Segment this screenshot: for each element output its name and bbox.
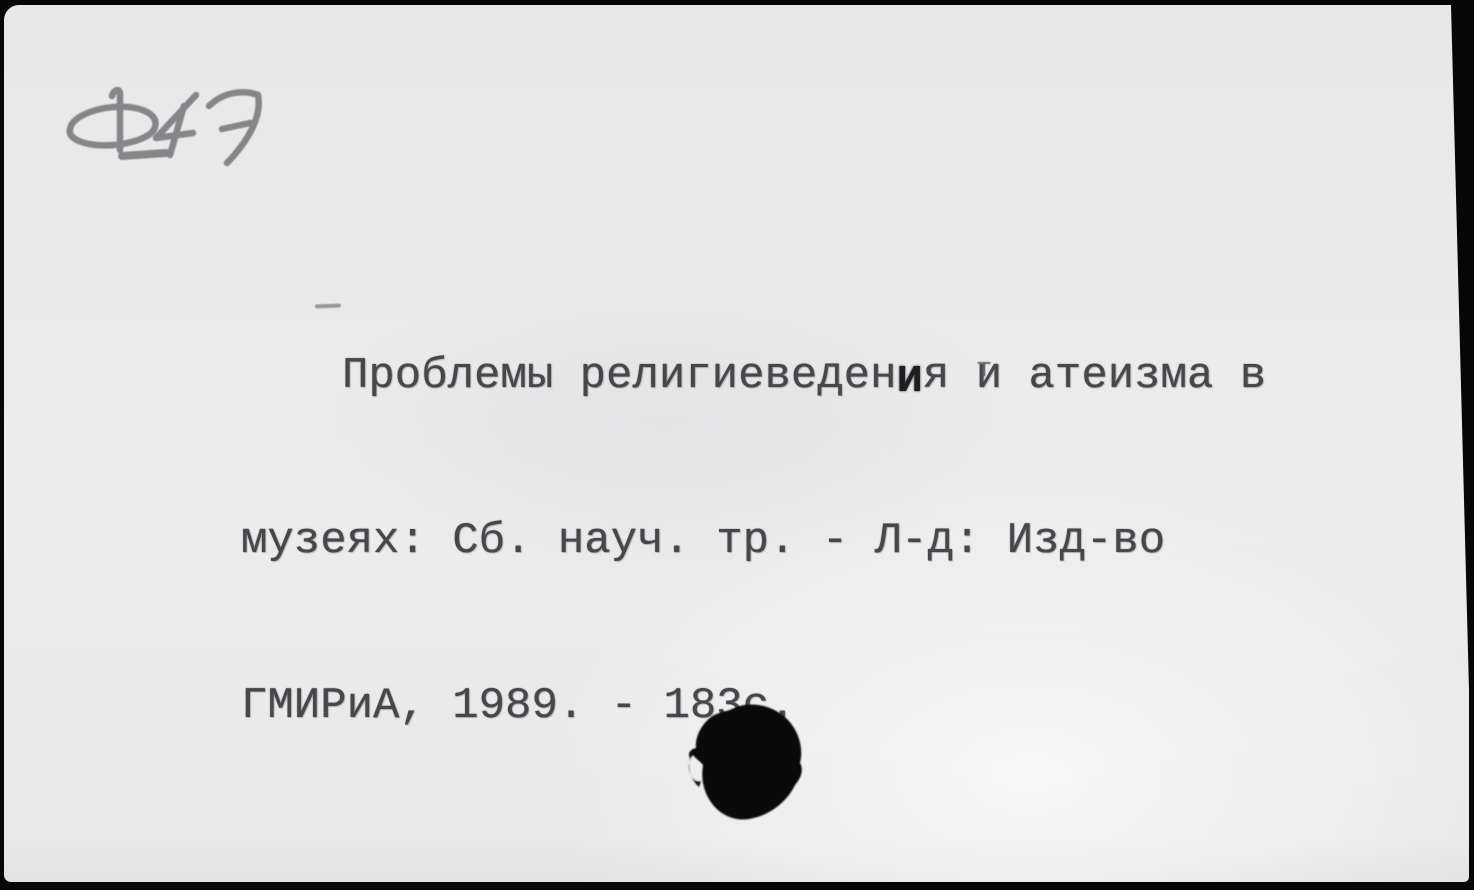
entry-line-1: Проблемы религиеведения и атеизма в bbox=[241, 349, 1266, 404]
stray-letter: т bbox=[976, 355, 992, 385]
ink-blob bbox=[683, 699, 807, 825]
ink-blob-shape bbox=[683, 699, 807, 825]
entry-line-1-suffix: я и атеизма в bbox=[923, 351, 1266, 401]
catalog-card: Проблемы религиеведения и атеизма в музе… bbox=[4, 5, 1469, 882]
entry-line-1-prefix: Проблемы религиеведен bbox=[342, 351, 897, 401]
handwriting-f47-strokes bbox=[62, 77, 277, 177]
call-number-handwritten bbox=[62, 77, 277, 177]
corrected-letter: и bbox=[897, 350, 923, 409]
entry-line-2: музеях: Сб. науч. тр. - Л-д: Изд-во bbox=[241, 514, 1266, 569]
